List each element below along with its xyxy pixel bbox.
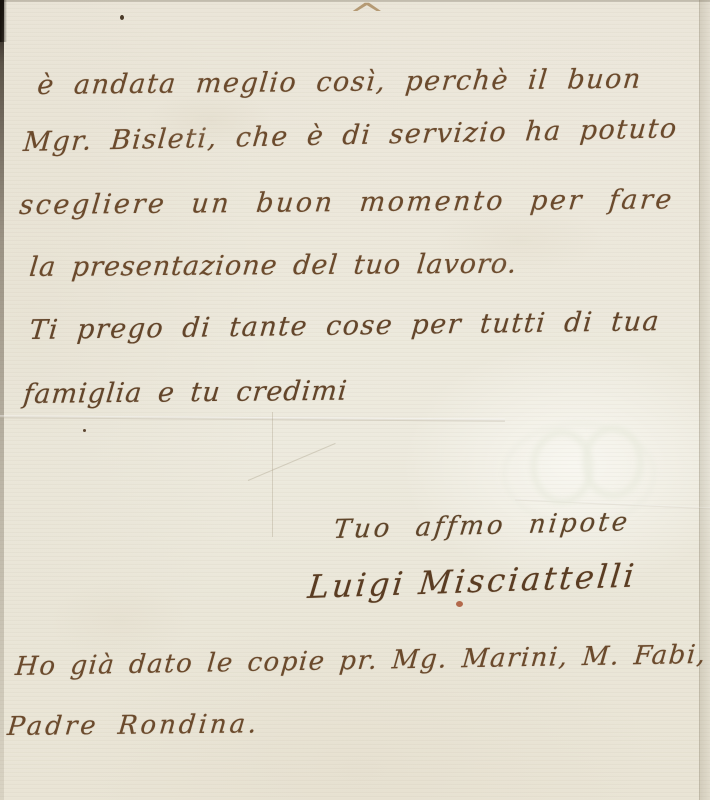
signature: Luigi Misciattelli: [306, 556, 639, 606]
letter-line-4: la presentazione del tuo lavoro.: [28, 249, 519, 283]
letter-line-5: Ti prego di tante cose per tutti di tua: [28, 306, 662, 346]
red-ink-blot: [456, 601, 463, 607]
closing-line: Tuo affmo nipote: [332, 507, 632, 545]
fold-crease-diagonal: [248, 443, 336, 481]
fold-crease-horizontal: [0, 415, 505, 422]
ink-speck-top: [120, 15, 124, 20]
scan-edge-left: [0, 0, 4, 800]
fold-crease-vertical: [272, 412, 273, 537]
stamp-ring-right: [582, 425, 644, 499]
ink-dot-middle: [83, 429, 86, 432]
postscript-line-1: Ho già dato le copie pr. Mg. Marini, M. …: [14, 640, 708, 682]
postscript-line-2: Padre Rondina.: [6, 709, 261, 742]
stamp-ring-left: [530, 429, 594, 505]
caret-pencil-mark: ^: [348, 0, 386, 33]
letter-page: ^ è andata meglio così, perchè il buon M…: [0, 0, 710, 800]
scan-corner-top-left: [0, 0, 7, 42]
page-fold-right-edge: [699, 0, 710, 800]
letter-line-6: famiglia e tu credimi: [22, 376, 349, 410]
letter-line-1: è andata meglio così, perchè il buon: [36, 64, 643, 101]
letter-line-3: scegliere un buon momento per fare: [18, 184, 675, 221]
letter-line-2: Mgr. Bisleti, che è di servizio ha potut…: [22, 113, 679, 158]
